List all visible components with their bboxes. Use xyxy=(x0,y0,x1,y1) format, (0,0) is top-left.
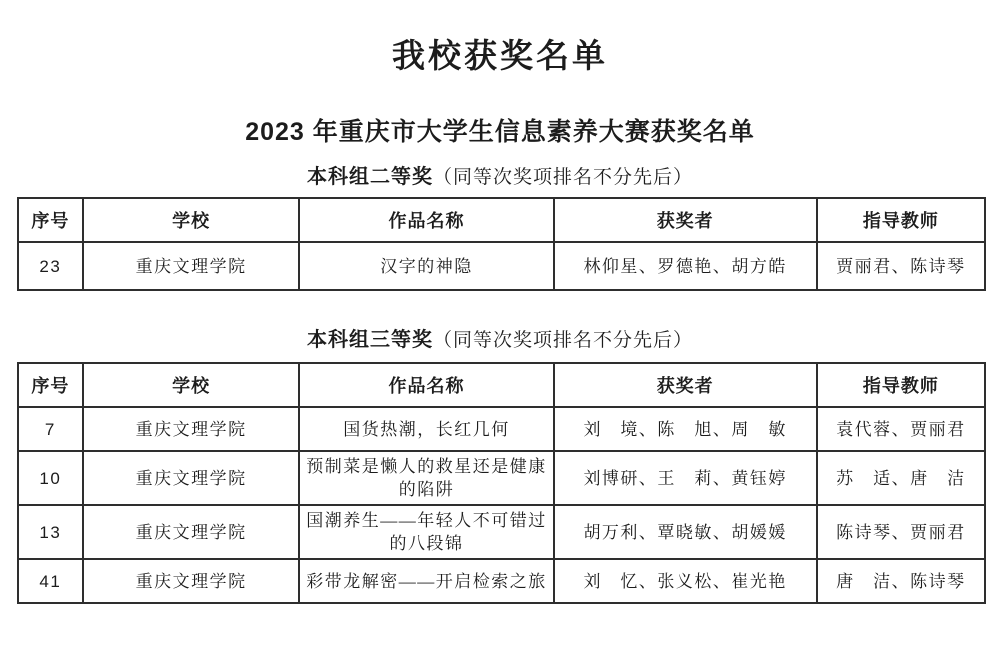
table-row: 10 重庆文理学院 预制菜是懒人的救星还是健康的陷阱 刘博研、王 莉、黄钰婷 苏… xyxy=(18,451,985,505)
section-heading-third-prize-note: （同等次奖项排名不分先后） xyxy=(433,330,693,351)
cell-winners: 刘博研、王 莉、黄钰婷 xyxy=(554,451,817,505)
table-row: 23 重庆文理学院 汉字的神隐 林仰星、罗德艳、胡方皓 贾丽君、陈诗琴 xyxy=(18,242,985,290)
cell-school: 重庆文理学院 xyxy=(83,407,300,451)
cell-school: 重庆文理学院 xyxy=(83,242,300,290)
cell-teachers: 贾丽君、陈诗琴 xyxy=(817,242,985,290)
page-title: 我校获奖名单 xyxy=(0,36,1000,76)
section-heading-third-prize-label: 本科组三等奖 xyxy=(307,329,433,351)
cell-no: 10 xyxy=(18,451,83,505)
table-row: 41 重庆文理学院 彩带龙解密——开启检索之旅 刘 忆、张义松、崔光艳 唐 洁、… xyxy=(18,559,985,603)
third-prize-table: 序号 学校 作品名称 获奖者 指导教师 7 重庆文理学院 国货热潮，长红几何 刘… xyxy=(17,362,986,604)
section-heading-second-prize-note: （同等次奖项排名不分先后） xyxy=(433,167,693,188)
cell-school: 重庆文理学院 xyxy=(83,505,300,559)
col-header-no: 序号 xyxy=(18,363,83,407)
cell-winners: 胡万利、覃晓敏、胡媛媛 xyxy=(554,505,817,559)
col-header-winners: 获奖者 xyxy=(554,198,817,242)
cell-work: 国货热潮，长红几何 xyxy=(299,407,553,451)
col-header-teachers: 指导教师 xyxy=(817,363,985,407)
third-prize-header-row: 序号 学校 作品名称 获奖者 指导教师 xyxy=(18,363,985,407)
cell-no: 7 xyxy=(18,407,83,451)
col-header-school: 学校 xyxy=(83,198,300,242)
cell-work: 汉字的神隐 xyxy=(299,242,553,290)
cell-school: 重庆文理学院 xyxy=(83,559,300,603)
col-header-no: 序号 xyxy=(18,198,83,242)
col-header-school: 学校 xyxy=(83,363,300,407)
col-header-winners: 获奖者 xyxy=(554,363,817,407)
cell-teachers: 苏 适、唐 洁 xyxy=(817,451,985,505)
cell-teachers: 唐 洁、陈诗琴 xyxy=(817,559,985,603)
cell-no: 23 xyxy=(18,242,83,290)
section-heading-second-prize-label: 本科组二等奖 xyxy=(307,166,433,188)
section-heading-second-prize: 本科组二等奖（同等次奖项排名不分先后） xyxy=(0,164,1000,191)
cell-winners: 刘 忆、张义松、崔光艳 xyxy=(554,559,817,603)
cell-work: 预制菜是懒人的救星还是健康的陷阱 xyxy=(299,451,553,505)
col-header-teachers: 指导教师 xyxy=(817,198,985,242)
col-header-work: 作品名称 xyxy=(299,363,553,407)
table-row: 7 重庆文理学院 国货热潮，长红几何 刘 境、陈 旭、周 敏 袁代蓉、贾丽君 xyxy=(18,407,985,451)
cell-teachers: 袁代蓉、贾丽君 xyxy=(817,407,985,451)
section-heading-third-prize: 本科组三等奖（同等次奖项排名不分先后） xyxy=(0,327,1000,354)
cell-work: 国潮养生——年轻人不可错过的八段锦 xyxy=(299,505,553,559)
cell-winners: 林仰星、罗德艳、胡方皓 xyxy=(554,242,817,290)
cell-no: 41 xyxy=(18,559,83,603)
cell-teachers: 陈诗琴、贾丽君 xyxy=(817,505,985,559)
document-page: 我校获奖名单 2023 年重庆市大学生信息素养大赛获奖名单 本科组二等奖（同等次… xyxy=(0,0,1000,667)
cell-winners: 刘 境、陈 旭、周 敏 xyxy=(554,407,817,451)
col-header-work: 作品名称 xyxy=(299,198,553,242)
cell-no: 13 xyxy=(18,505,83,559)
second-prize-header-row: 序号 学校 作品名称 获奖者 指导教师 xyxy=(18,198,985,242)
cell-school: 重庆文理学院 xyxy=(83,451,300,505)
table-row: 13 重庆文理学院 国潮养生——年轻人不可错过的八段锦 胡万利、覃晓敏、胡媛媛 … xyxy=(18,505,985,559)
cell-work: 彩带龙解密——开启检索之旅 xyxy=(299,559,553,603)
second-prize-table: 序号 学校 作品名称 获奖者 指导教师 23 重庆文理学院 汉字的神隐 林仰星、… xyxy=(17,197,986,291)
subtitle: 2023 年重庆市大学生信息素养大赛获奖名单 xyxy=(0,116,1000,149)
